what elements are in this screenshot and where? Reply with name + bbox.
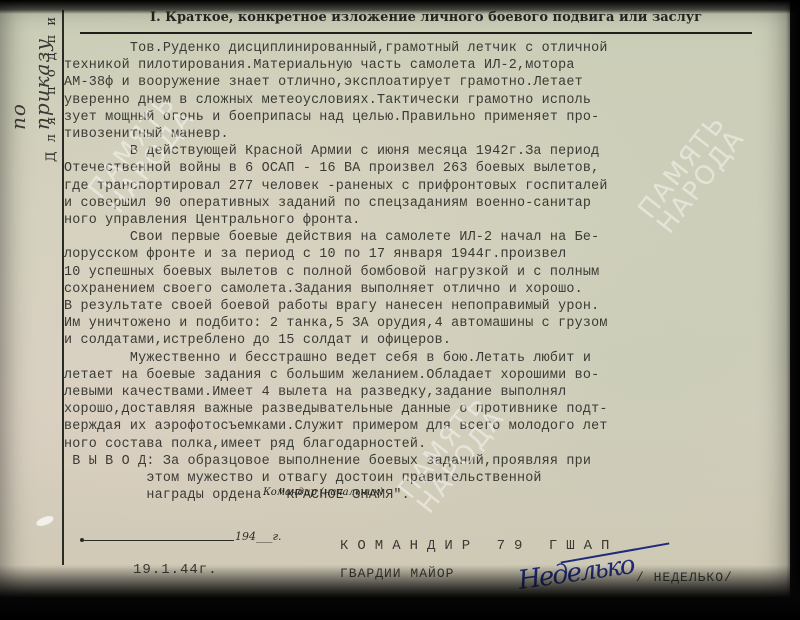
citation-line: Тов.Руденко дисциплинированный,грамотный… xyxy=(64,40,784,57)
scan-border-right xyxy=(786,0,800,620)
stamp-label: Командир (начальник) xyxy=(263,487,383,498)
citation-line: хорошо,доставляя важные разведывательные… xyxy=(64,401,784,418)
date-form-year: 194___г. xyxy=(235,530,282,543)
citation-line: сохранением своего самолета.Задания выпо… xyxy=(64,281,784,298)
citation-line: 10 успешных боевых вылетов с полной бомб… xyxy=(64,264,784,281)
citation-line: левыми качествами.Имеет 4 вылета на разв… xyxy=(64,384,784,401)
citation-line: АМ-38ф и вооружение знает отлично,экспло… xyxy=(64,74,784,91)
date-line xyxy=(82,540,234,541)
year-suffix: г. xyxy=(273,530,282,543)
citation-line: летает на боевые задания с большим желан… xyxy=(64,367,784,384)
citation-line: верждая их аэрофотосъемками.Служит приме… xyxy=(64,418,784,435)
year-prefix: 194 xyxy=(235,530,256,543)
citation-line: Мужественно и бесстрашно ведет себя в бо… xyxy=(64,350,784,367)
citation-line: техникой пилотирования.Материальную част… xyxy=(64,57,784,74)
citation-line: и солдатами,истреблено до 15 солдат и оф… xyxy=(64,332,784,349)
scan-border-bottom xyxy=(0,565,800,620)
title-divider xyxy=(80,32,752,34)
scan-border-top xyxy=(0,0,800,14)
citation-line: В результате своей боевой работы врагу н… xyxy=(64,298,784,315)
handwritten-margin-note: по приказу xyxy=(6,20,36,130)
citation-line: Им уничтожено и подбито: 2 танка,5 ЗА ор… xyxy=(64,315,784,332)
citation-line: лорусском фронте и за период с 10 по 17 … xyxy=(64,246,784,263)
commander-title: КОМАНДИР 79 ГШАП xyxy=(340,538,618,554)
